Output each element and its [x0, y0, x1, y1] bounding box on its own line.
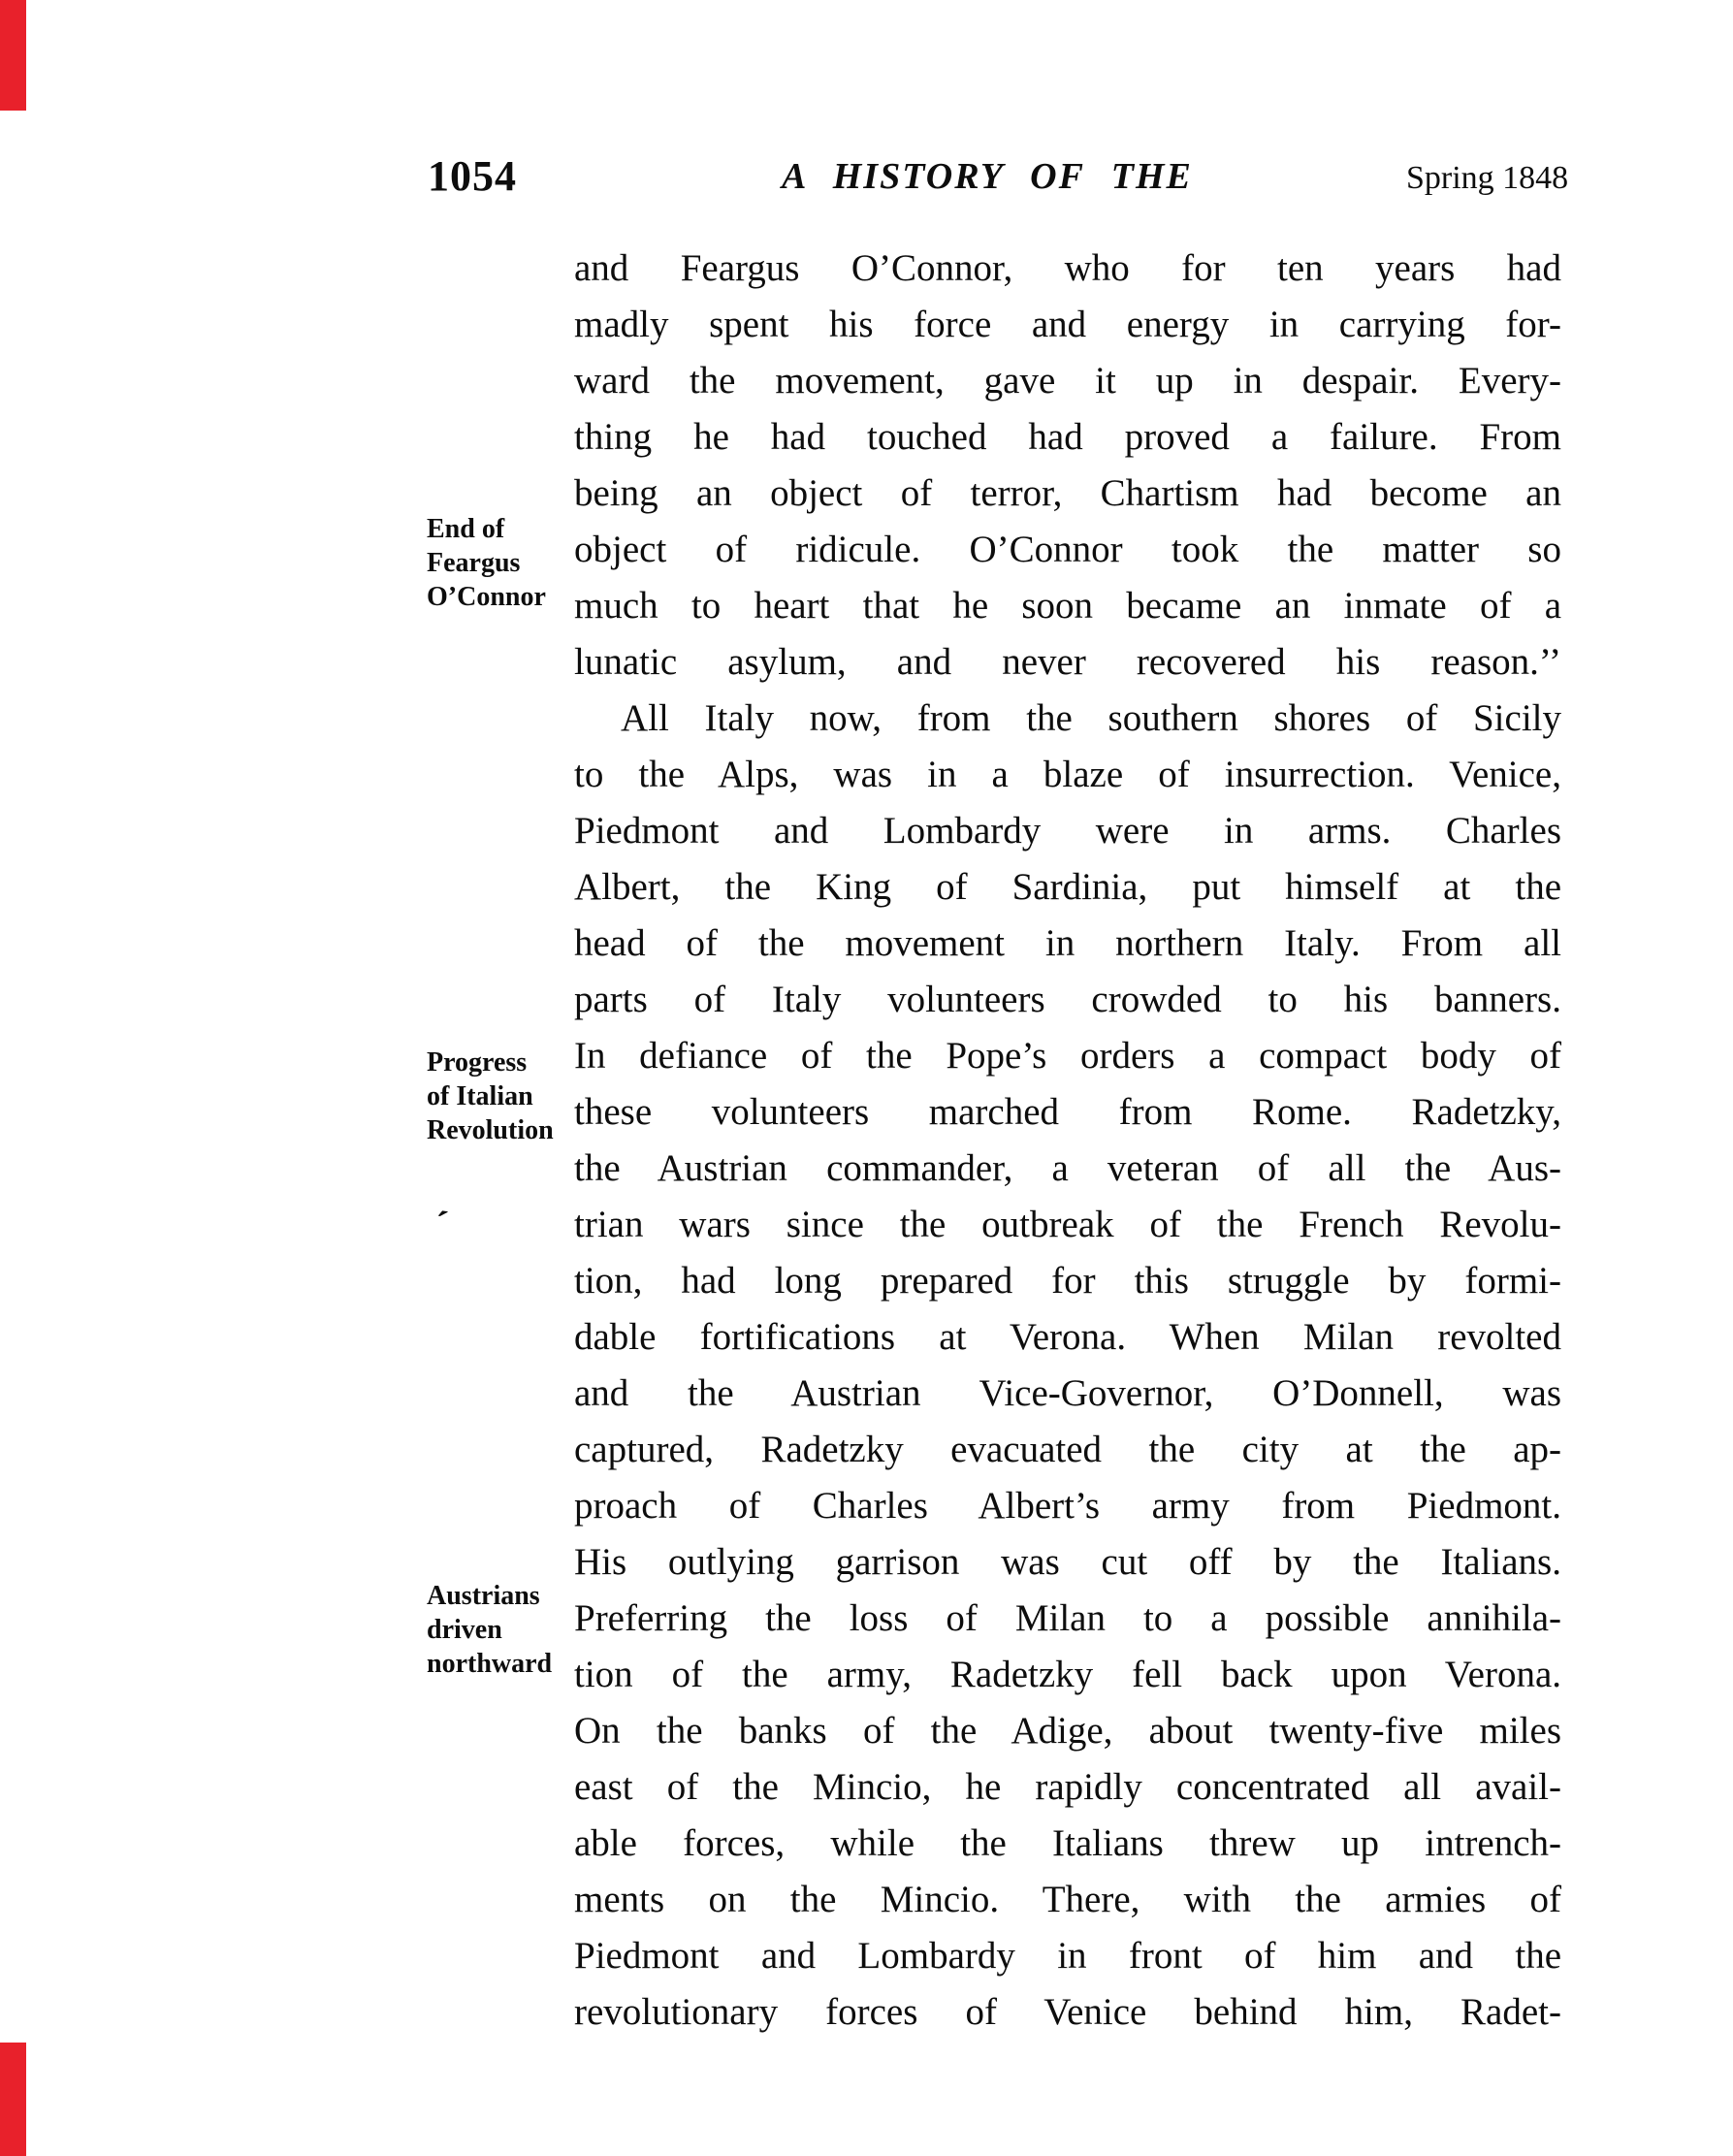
book-page: 1054 A HISTORY OF THE Spring 1848 End of… [0, 0, 1733, 2156]
margin-note-austrians-driven-northward: Austrians driven northward [427, 1579, 592, 1681]
margin-note-line: driven [427, 1613, 592, 1647]
text-line: Albert, the King of Sardinia, put himsel… [574, 859, 1561, 916]
text-line: much to heart that he soon became an inm… [574, 578, 1561, 634]
body-text: and Feargus O’Connor, who for ten years … [574, 241, 1561, 2041]
margin-note-line: Progress [427, 1046, 592, 1079]
date-header: Spring 1848 [1406, 162, 1568, 195]
text-line: head of the movement in northern Italy. … [574, 916, 1561, 972]
text-line: to the Alps, was in a blaze of insurrect… [574, 747, 1561, 803]
running-title: A HISTORY OF THE [782, 158, 1193, 195]
text-line: ments on the Mincio. There, with the arm… [574, 1872, 1561, 1928]
text-line: trian wars since the outbreak of the Fre… [574, 1197, 1561, 1253]
margin-note-line: Revolution [427, 1113, 592, 1147]
text-line: thing he had touched had proved a failur… [574, 409, 1561, 466]
text-line: ward the movement, gave it up in despair… [574, 353, 1561, 409]
scan-artifact-red-bar-bottom [0, 2043, 26, 2156]
text-line: revolutionary forces of Venice behind hi… [574, 1984, 1561, 2041]
text-line: tion, had long prepared for this struggl… [574, 1253, 1561, 1309]
text-line: able forces, while the Italians threw up… [574, 1816, 1561, 1872]
margin-note-end-of-feargus-oconnor: End of Feargus O’Connor [427, 512, 592, 614]
text-line: object of ridicule. O’Connor took the ma… [574, 522, 1561, 578]
margin-note-line: northward [427, 1647, 592, 1681]
text-line: these volunteers marched from Rome. Rade… [574, 1084, 1561, 1141]
text-line: Piedmont and Lombardy in front of him an… [574, 1928, 1561, 1984]
text-line: proach of Charles Albert’s army from Pie… [574, 1478, 1561, 1534]
text-line: All Italy now, from the southern shores … [574, 691, 1561, 747]
scan-artifact-red-bar-top [0, 0, 26, 111]
scan-artifact-stray-mark: ´ [432, 1205, 450, 1244]
margin-note-line: of Italian [427, 1079, 592, 1113]
margin-note-line: O’Connor [427, 580, 592, 614]
text-line: madly spent his force and energy in carr… [574, 297, 1561, 353]
margin-note-line: Feargus [427, 546, 592, 580]
text-line: dable fortifications at Verona. When Mil… [574, 1309, 1561, 1366]
text-line: east of the Mincio, he rapidly concentra… [574, 1759, 1561, 1816]
margin-note-progress-of-italian-revolution: Progress of Italian Revolution [427, 1046, 592, 1147]
page-number: 1054 [428, 155, 517, 198]
text-line: In defiance of the Pope’s orders a compa… [574, 1028, 1561, 1084]
text-line: and the Austrian Vice-Governor, O’Donnel… [574, 1366, 1561, 1422]
text-line: captured, Radetzky evacuated the city at… [574, 1422, 1561, 1478]
text-line: Preferring the loss of Milan to a possib… [574, 1591, 1561, 1647]
text-line: On the banks of the Adige, about twenty-… [574, 1703, 1561, 1759]
text-line: being an object of terror, Chartism had … [574, 466, 1561, 522]
text-line: parts of Italy volunteers crowded to his… [574, 972, 1561, 1028]
margin-note-line: Austrians [427, 1579, 592, 1613]
text-line: the Austrian commander, a veteran of all… [574, 1141, 1561, 1197]
text-line: His outlying garrison was cut off by the… [574, 1534, 1561, 1591]
text-line: lunatic asylum, and never recovered his … [574, 634, 1561, 691]
margin-note-line: End of [427, 512, 592, 546]
text-line: and Feargus O’Connor, who for ten years … [574, 241, 1561, 297]
text-line: tion of the army, Radetzky fell back upo… [574, 1647, 1561, 1703]
text-line: Piedmont and Lombardy were in arms. Char… [574, 803, 1561, 859]
